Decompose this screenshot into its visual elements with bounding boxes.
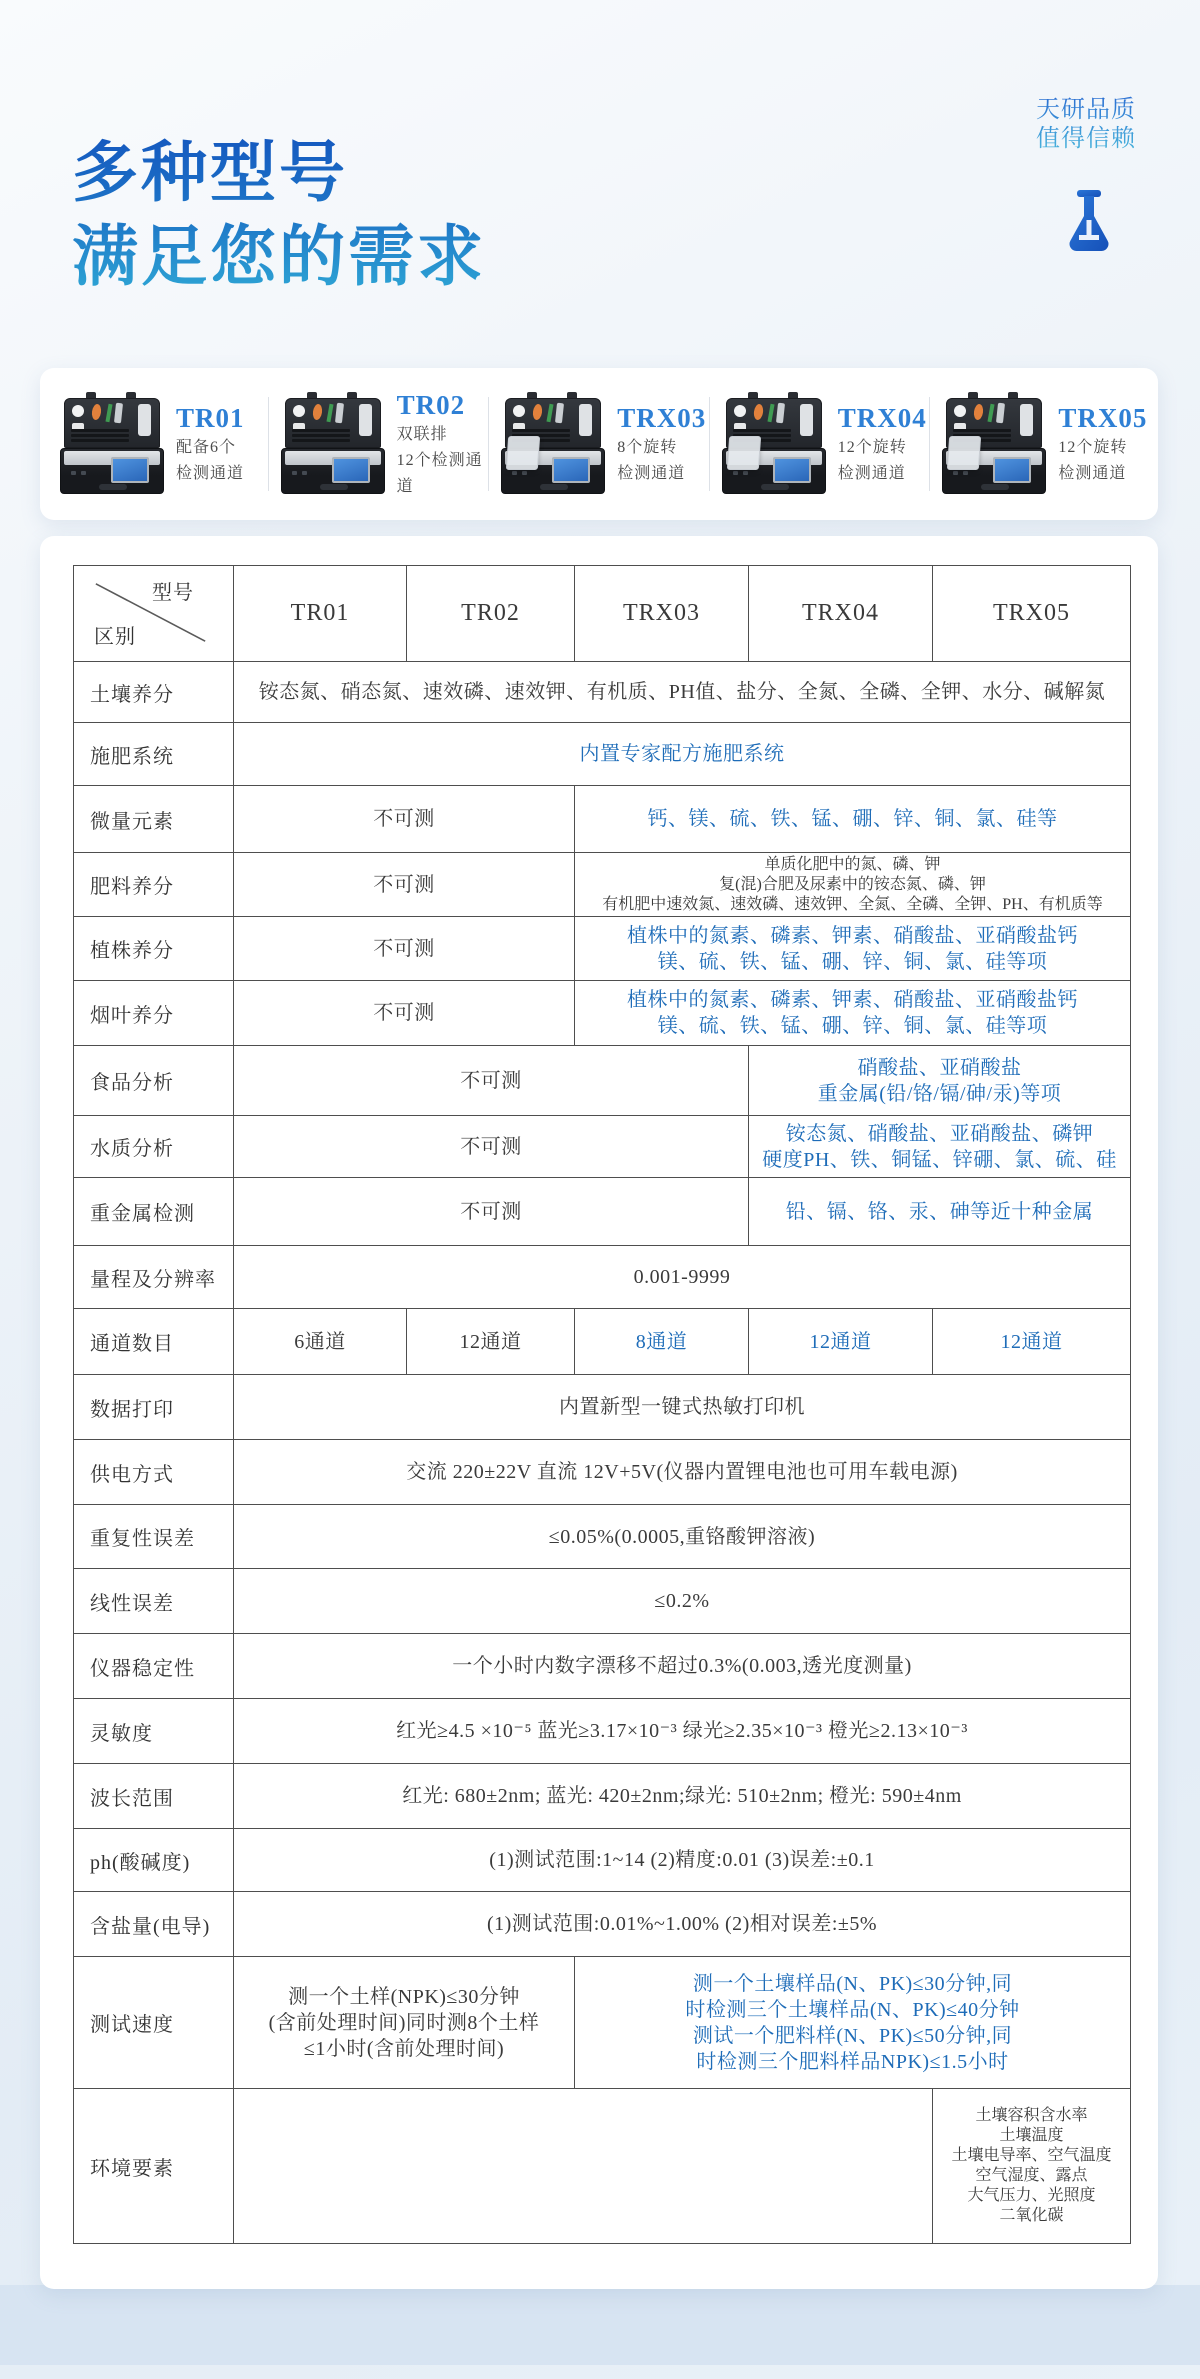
table-row: 供电方式交流 220±22V 直流 12V+5V(仪器内置锂电池也可用车载电源) (74, 1440, 1131, 1505)
table-row: ph(酸碱度)(1)测试范围:1~14 (2)精度:0.01 (3)误差:±0.… (74, 1829, 1131, 1892)
row-label: 通道数目 (74, 1309, 234, 1375)
row-label: 含盐量(电导) (74, 1892, 234, 1957)
spec-line: 红光: 680±2nm; 蓝光: 420±2nm;绿光: 510±2nm; 橙光… (234, 1783, 1130, 1809)
spec-line: 8通道 (575, 1329, 748, 1355)
product-desc: 检测通道 (838, 461, 927, 487)
spec-cell: 交流 220±22V 直流 12V+5V(仪器内置锂电池也可用车载电源) (234, 1440, 1131, 1505)
spec-cell: 植株中的氮素、磷素、钾素、硝酸盐、亚硝酸盐钙镁、硫、铁、锰、硼、锌、铜、氯、硅等… (575, 917, 1131, 981)
spec-cell: 测一个土样(NPK)≤30分钟(含前处理时间)同时测8个土样≤1小时(含前处理时… (234, 1957, 575, 2089)
footer-band (0, 2285, 1200, 2365)
row-label: 测试速度 (74, 1957, 234, 2089)
product-item: TRX038个旋转检测通道 (489, 392, 709, 496)
table-row: 线性误差≤0.2% (74, 1569, 1131, 1634)
product-name: TRX04 (838, 401, 927, 435)
flask-icon (1062, 190, 1116, 254)
row-label: 烟叶养分 (74, 981, 234, 1046)
spec-cell: 内置专家配方施肥系统 (234, 723, 1131, 786)
product-desc: 检测通道 (1058, 461, 1147, 487)
product-item: TRX0512个旋转检测通道 (930, 392, 1150, 496)
spec-cell: 植株中的氮素、磷素、钾素、硝酸盐、亚硝酸盐钙镁、硫、铁、锰、硼、锌、铜、氯、硅等… (575, 981, 1131, 1046)
spec-cell: 不可测 (234, 981, 575, 1046)
spec-cell: 铵态氮、硝态氮、速效磷、速效钾、有机质、PH值、盐分、全氮、全磷、全钾、水分、碱… (234, 662, 1131, 723)
page-title-line1: 多种型号 (72, 137, 348, 210)
product-image (722, 392, 826, 496)
spec-line: ≤0.05%(0.0005,重铬酸钾溶液) (234, 1524, 1130, 1550)
product-desc: 检测通道 (176, 461, 245, 487)
row-label: 肥料养分 (74, 853, 234, 917)
spec-line: 12通道 (933, 1329, 1130, 1355)
table-row: 环境要素土壤容积含水率土壤温度土壤电导率、空气温度空气湿度、露点大气压力、光照度… (74, 2089, 1131, 2244)
spec-line: 测一个土样(NPK)≤30分钟 (234, 1984, 574, 2010)
spec-line: 一个小时内数字漂移不超过0.3%(0.003,透光度测量) (234, 1653, 1130, 1679)
corner-cell: 型号区别 (74, 566, 234, 662)
row-label: 波长范围 (74, 1764, 234, 1829)
product-image (501, 392, 605, 496)
spec-line: 6通道 (234, 1329, 406, 1355)
spec-cell: 不可测 (234, 1046, 749, 1116)
corner-label-model: 型号 (152, 576, 194, 605)
brand-slogan: 天研品质 值得信赖 (1036, 96, 1136, 154)
spec-cell: 单质化肥中的氮、磷、钾复(混)合肥及尿素中的铵态氮、磷、钾有机肥中速效氮、速效磷… (575, 853, 1131, 917)
product-info: TR02双联排12个检测通道 (397, 388, 489, 500)
spec-line: (1)测试范围:0.01%~1.00% (2)相对误差:±5% (234, 1911, 1130, 1937)
spec-cell: 12通道 (407, 1309, 575, 1375)
row-label: 供电方式 (74, 1440, 234, 1505)
product-info: TRX038个旋转检测通道 (617, 401, 706, 487)
comparison-table: 型号区别TR01TR02TRX03TRX04TRX05土壤养分铵态氮、硝态氮、速… (73, 565, 1131, 2244)
product-desc: 8个旋转 (617, 435, 706, 461)
spec-line: 不可测 (234, 1199, 748, 1225)
page-title: 多种型号满足您的需求 (72, 132, 486, 300)
spec-line: (含前处理时间)同时测8个土样 (234, 2010, 574, 2036)
spec-cell: (1)测试范围:0.01%~1.00% (2)相对误差:±5% (234, 1892, 1131, 1957)
spec-line: 内置新型一键式热敏打印机 (234, 1394, 1130, 1420)
row-label: 施肥系统 (74, 723, 234, 786)
spec-line: (1)测试范围:1~14 (2)精度:0.01 (3)误差:±0.1 (234, 1847, 1130, 1873)
spec-line: 测一个土壤样品(N、PK)≤30分钟,同 (575, 1971, 1130, 1997)
spec-cell: 0.001-9999 (234, 1246, 1131, 1309)
spec-cell: ≤0.05%(0.0005,重铬酸钾溶液) (234, 1505, 1131, 1569)
spec-line: 不可测 (234, 872, 574, 898)
spec-line: ≤1小时(含前处理时间) (234, 2036, 574, 2062)
spec-cell: 钙、镁、硫、铁、锰、硼、锌、铜、氯、硅等 (575, 786, 1131, 853)
product-desc: 配备6个 (176, 435, 245, 461)
spec-line: 镁、硫、铁、锰、硼、锌、铜、氯、硅等项 (575, 1013, 1130, 1039)
spec-cell: 不可测 (234, 853, 575, 917)
spec-line: 大气压力、光照度 (933, 2186, 1130, 2206)
row-label: 线性误差 (74, 1569, 234, 1634)
table-row: 施肥系统内置专家配方施肥系统 (74, 723, 1131, 786)
spec-line: 不可测 (234, 1068, 748, 1094)
product-desc: 检测通道 (617, 461, 706, 487)
spec-cell: (1)测试范围:1~14 (2)精度:0.01 (3)误差:±0.1 (234, 1829, 1131, 1892)
spec-line: 铵态氮、硝酸盐、亚硝酸盐、磷钾 (749, 1121, 1130, 1147)
brand-line1: 天研品质 (1036, 96, 1136, 125)
spec-line: 12通道 (407, 1329, 574, 1355)
row-label: 微量元素 (74, 786, 234, 853)
spec-line: 不可测 (234, 806, 574, 832)
spec-cell (234, 2089, 933, 2244)
spec-line: 硬度PH、铁、铜锰、锌硼、氯、硫、硅 (749, 1147, 1130, 1173)
brand-line2: 值得信赖 (1036, 125, 1136, 154)
model-header: TR01 (234, 566, 407, 662)
table-row: 含盐量(电导)(1)测试范围:0.01%~1.00% (2)相对误差:±5% (74, 1892, 1131, 1957)
page-title-line2: 满足您的需求 (72, 221, 486, 294)
row-label: 仪器稳定性 (74, 1634, 234, 1699)
spec-cell: 12通道 (749, 1309, 933, 1375)
spec-line: 植株中的氮素、磷素、钾素、硝酸盐、亚硝酸盐钙 (575, 987, 1130, 1013)
product-desc: 12个旋转 (1058, 435, 1147, 461)
spec-line: 钙、镁、硫、铁、锰、硼、锌、铜、氯、硅等 (575, 806, 1130, 832)
corner-label-category: 区别 (94, 620, 136, 649)
row-label: 数据打印 (74, 1375, 234, 1440)
products-card: TR01配备6个检测通道TR02双联排12个检测通道TRX038个旋转检测通道T… (40, 368, 1158, 520)
product-item: TR02双联排12个检测通道 (269, 388, 489, 500)
product-name: TR01 (176, 401, 245, 435)
spec-cell: 铵态氮、硝酸盐、亚硝酸盐、磷钾硬度PH、铁、铜锰、锌硼、氯、硫、硅 (749, 1116, 1131, 1178)
product-name: TR02 (397, 388, 489, 422)
spec-line: 测试一个肥料样(N、PK)≤50分钟,同 (575, 2023, 1130, 2049)
table-row: 仪器稳定性一个小时内数字漂移不超过0.3%(0.003,透光度测量) (74, 1634, 1131, 1699)
row-label: 植株养分 (74, 917, 234, 981)
table-header-row: 型号区别TR01TR02TRX03TRX04TRX05 (74, 566, 1131, 662)
spec-line: 0.001-9999 (234, 1264, 1130, 1290)
table-row: 重复性误差≤0.05%(0.0005,重铬酸钾溶液) (74, 1505, 1131, 1569)
product-desc: 12个检测通道 (397, 448, 489, 500)
spec-cell: 内置新型一键式热敏打印机 (234, 1375, 1131, 1440)
spec-line: 不可测 (234, 1134, 748, 1160)
product-name: TRX03 (617, 401, 706, 435)
spec-cell: 不可测 (234, 1178, 749, 1246)
spec-cell: 8通道 (575, 1309, 749, 1375)
spec-line: ≤0.2% (234, 1588, 1130, 1614)
spec-cell: 红光: 680±2nm; 蓝光: 420±2nm;绿光: 510±2nm; 橙光… (234, 1764, 1131, 1829)
row-label: 环境要素 (74, 2089, 234, 2244)
spec-line: 二氧化碳 (933, 2206, 1130, 2226)
spec-cell: 红光≥4.5 ×10⁻⁵ 蓝光≥3.17×10⁻³ 绿光≥2.35×10⁻³ 橙… (234, 1699, 1131, 1764)
spec-cell: 铅、镉、铬、汞、砷等近十种金属 (749, 1178, 1131, 1246)
spec-line: 重金属(铅/铬/镉/砷/汞)等项 (749, 1081, 1130, 1107)
spec-line: 镁、硫、铁、锰、硼、锌、铜、氯、硅等项 (575, 949, 1130, 975)
table-row: 数据打印内置新型一键式热敏打印机 (74, 1375, 1131, 1440)
product-image (281, 392, 385, 496)
spec-line: 空气湿度、露点 (933, 2166, 1130, 2186)
table-row: 土壤养分铵态氮、硝态氮、速效磷、速效钾、有机质、PH值、盐分、全氮、全磷、全钾、… (74, 662, 1131, 723)
spec-cell: 不可测 (234, 786, 575, 853)
row-label: 水质分析 (74, 1116, 234, 1178)
row-label: 土壤养分 (74, 662, 234, 723)
row-label: ph(酸碱度) (74, 1829, 234, 1892)
spec-cell: 不可测 (234, 917, 575, 981)
spec-line: 12通道 (749, 1329, 932, 1355)
product-desc: 12个旋转 (838, 435, 927, 461)
spec-line: 单质化肥中的氮、磷、钾 (575, 855, 1130, 875)
spec-line: 不可测 (234, 936, 574, 962)
product-item: TRX0412个旋转检测通道 (710, 392, 930, 496)
spec-cell: 硝酸盐、亚硝酸盐重金属(铅/铬/镉/砷/汞)等项 (749, 1046, 1131, 1116)
spec-line: 复(混)合肥及尿素中的铵态氮、磷、钾 (575, 875, 1130, 895)
model-header: TRX05 (933, 566, 1131, 662)
table-row: 微量元素不可测钙、镁、硫、铁、锰、硼、锌、铜、氯、硅等 (74, 786, 1131, 853)
spec-line: 植株中的氮素、磷素、钾素、硝酸盐、亚硝酸盐钙 (575, 923, 1130, 949)
table-row: 重金属检测不可测铅、镉、铬、汞、砷等近十种金属 (74, 1178, 1131, 1246)
row-label: 灵敏度 (74, 1699, 234, 1764)
spec-line: 铵态氮、硝态氮、速效磷、速效钾、有机质、PH值、盐分、全氮、全磷、全钾、水分、碱… (234, 679, 1130, 705)
table-row: 植株养分不可测植株中的氮素、磷素、钾素、硝酸盐、亚硝酸盐钙镁、硫、铁、锰、硼、锌… (74, 917, 1131, 981)
table-row: 灵敏度红光≥4.5 ×10⁻⁵ 蓝光≥3.17×10⁻³ 绿光≥2.35×10⁻… (74, 1699, 1131, 1764)
comparison-table-card: 型号区别TR01TR02TRX03TRX04TRX05土壤养分铵态氮、硝态氮、速… (40, 536, 1158, 2289)
row-label: 食品分析 (74, 1046, 234, 1116)
table-row: 水质分析不可测铵态氮、硝酸盐、亚硝酸盐、磷钾硬度PH、铁、铜锰、锌硼、氯、硫、硅 (74, 1116, 1131, 1178)
spec-line: 有机肥中速效氮、速效磷、速效钾、全氮、全磷、全钾、PH、有机质等 (575, 895, 1130, 915)
spec-line: 时检测三个土壤样品(N、PK)≤40分钟 (575, 1997, 1130, 2023)
row-label: 重金属检测 (74, 1178, 234, 1246)
table-row: 肥料养分不可测单质化肥中的氮、磷、钾复(混)合肥及尿素中的铵态氮、磷、钾有机肥中… (74, 853, 1131, 917)
spec-line: 铅、镉、铬、汞、砷等近十种金属 (749, 1199, 1130, 1225)
table-row: 量程及分辨率0.001-9999 (74, 1246, 1131, 1309)
spec-line: 时检测三个肥料样品NPK)≤1.5小时 (575, 2049, 1130, 2075)
product-name: TRX05 (1058, 401, 1147, 435)
product-image (60, 392, 164, 496)
model-header: TRX03 (575, 566, 749, 662)
spec-line: 土壤电导率、空气温度 (933, 2146, 1130, 2166)
product-info: TR01配备6个检测通道 (176, 401, 245, 487)
spec-cell: 不可测 (234, 1116, 749, 1178)
product-item: TR01配备6个检测通道 (48, 392, 268, 496)
spec-line: 交流 220±22V 直流 12V+5V(仪器内置锂电池也可用车载电源) (234, 1459, 1130, 1485)
table-row: 通道数目6通道12通道8通道12通道12通道 (74, 1309, 1131, 1375)
spec-cell: 6通道 (234, 1309, 407, 1375)
product-info: TRX0512个旋转检测通道 (1058, 401, 1147, 487)
table-row: 食品分析不可测硝酸盐、亚硝酸盐重金属(铅/铬/镉/砷/汞)等项 (74, 1046, 1131, 1116)
table-row: 测试速度测一个土样(NPK)≤30分钟(含前处理时间)同时测8个土样≤1小时(含… (74, 1957, 1131, 2089)
row-label: 重复性误差 (74, 1505, 234, 1569)
spec-cell: 一个小时内数字漂移不超过0.3%(0.003,透光度测量) (234, 1634, 1131, 1699)
product-image (942, 392, 1046, 496)
spec-line: 红光≥4.5 ×10⁻⁵ 蓝光≥3.17×10⁻³ 绿光≥2.35×10⁻³ 橙… (234, 1718, 1130, 1744)
table-row: 烟叶养分不可测植株中的氮素、磷素、钾素、硝酸盐、亚硝酸盐钙镁、硫、铁、锰、硼、锌… (74, 981, 1131, 1046)
model-header: TR02 (407, 566, 575, 662)
spec-line: 土壤温度 (933, 2126, 1130, 2146)
spec-cell: 测一个土壤样品(N、PK)≤30分钟,同时检测三个土壤样品(N、PK)≤40分钟… (575, 1957, 1131, 2089)
table-row: 波长范围红光: 680±2nm; 蓝光: 420±2nm;绿光: 510±2nm… (74, 1764, 1131, 1829)
product-desc: 双联排 (397, 422, 489, 448)
spec-cell: 土壤容积含水率土壤温度土壤电导率、空气温度空气湿度、露点大气压力、光照度二氧化碳 (933, 2089, 1131, 2244)
row-label: 量程及分辨率 (74, 1246, 234, 1309)
spec-line: 不可测 (234, 1000, 574, 1026)
spec-line: 内置专家配方施肥系统 (234, 741, 1130, 767)
spec-line: 硝酸盐、亚硝酸盐 (749, 1055, 1130, 1081)
spec-line: 土壤容积含水率 (933, 2106, 1130, 2126)
spec-cell: ≤0.2% (234, 1569, 1131, 1634)
model-header: TRX04 (749, 566, 933, 662)
spec-cell: 12通道 (933, 1309, 1131, 1375)
product-info: TRX0412个旋转检测通道 (838, 401, 927, 487)
